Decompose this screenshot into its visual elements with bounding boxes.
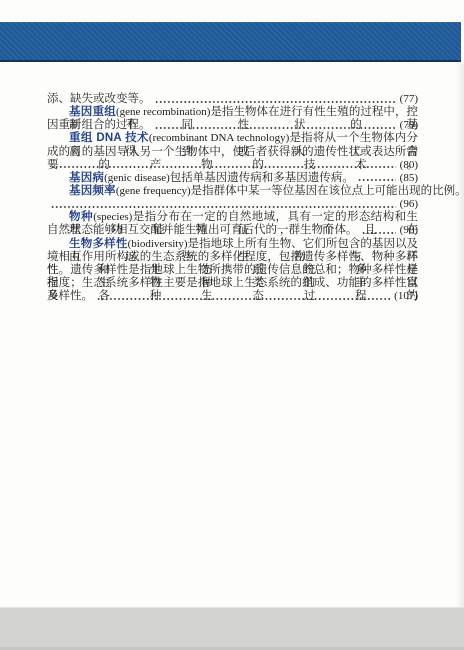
dot-leader [155, 100, 396, 104]
term-english: (gene frequency) [116, 185, 191, 197]
term-text: 重组 DNA 技术 [69, 132, 149, 144]
term-english: (biodiversity) [128, 238, 188, 250]
line-text: 是指群体中某一等位基因在该位点上可能出现的比例。 [191, 185, 464, 197]
dot-leader [97, 297, 390, 301]
page-number: (85) [400, 172, 418, 185]
term-text: 生物多样性 [69, 238, 128, 250]
text-line: (96) [47, 198, 418, 211]
text-line: 生物多样性(biodiversity)是指地球上所有生物、它们所包含的基因以及由… [47, 238, 418, 251]
term-english: (species) [93, 211, 132, 223]
text-line: 物种(species)是指分布在一定的自然地域，具有一定的形态结构和生理功能特征… [47, 211, 418, 224]
text-line: 重组 DNA 技术(recombinant DNA technology)是指将… [47, 132, 418, 145]
term-english: (gene recombination) [116, 106, 210, 118]
line-text: 多样性。 [47, 290, 93, 303]
term-english: (genic disease) [104, 172, 170, 185]
text-line: 性。遗传多样性是指地球上生物所携带的遗传信息的总和；物种多样性是指生物种类的丰富 [47, 264, 418, 277]
footer-band [0, 607, 464, 650]
term-english: (recombinant DNA technology) [149, 132, 289, 144]
dot-leader [362, 231, 396, 235]
page-edge-shadow [456, 64, 464, 607]
scanned-page-background: 添、缺失或改变等。(77)基因重组(gene recombination)是指生… [0, 0, 464, 650]
page-number: (96) [400, 198, 418, 211]
text-line: 基因频率(gene frequency)是指群体中某一等位基因在该位点上可能出现… [47, 185, 418, 198]
page-number: (77) [400, 93, 418, 106]
page-number: (79) [400, 119, 418, 132]
page-number: (107) [394, 290, 418, 303]
text-line: 基因病(genic disease)包括单基因遗传病和多基因遗传病。(85) [47, 172, 418, 185]
text-line: 程度；生态系统多样性主要是指地球上生态系统的组成、功能的多样性以及各种生态过程的 [47, 277, 418, 290]
term-text: 物种 [69, 211, 93, 223]
term-text: 基因重组 [69, 106, 116, 118]
content-lines: 添、缺失或改变等。(77)基因重组(gene recombination)是指生… [47, 93, 418, 303]
line-text: 因重新组合的过程。 [47, 119, 151, 132]
text-line: 境相互作用所构成的生态系统的多样化程度，包括遗传多样性、物种多样性和生态系统多样 [47, 251, 418, 264]
text-line: 基因重组(gene recombination)是指生物体在进行有性生殖的过程中… [47, 106, 418, 119]
line-text: 添、缺失或改变等。 [47, 93, 151, 106]
page-number: (80) [400, 159, 418, 172]
dot-leader [358, 178, 396, 182]
dot-leader [51, 165, 396, 169]
term-text: 基因频率 [69, 185, 116, 197]
text-line: 成的目的基因导入另一个生物体中，使后者获得新的遗传性状或表达所需要的产物的技术。 [47, 146, 418, 159]
line-text: 包括单基因遗传病和多基因遗传病。 [170, 172, 354, 185]
page-number: (98) [400, 224, 418, 237]
term-text: 基因病 [69, 172, 104, 185]
header-band [0, 22, 461, 62]
line-text: 自然状态能够相互交配并能生殖出可育后代的一群生物个体。 [47, 224, 358, 237]
dot-leader [51, 205, 396, 209]
dot-leader [155, 126, 396, 130]
text-line: 添、缺失或改变等。(77) [47, 93, 418, 106]
